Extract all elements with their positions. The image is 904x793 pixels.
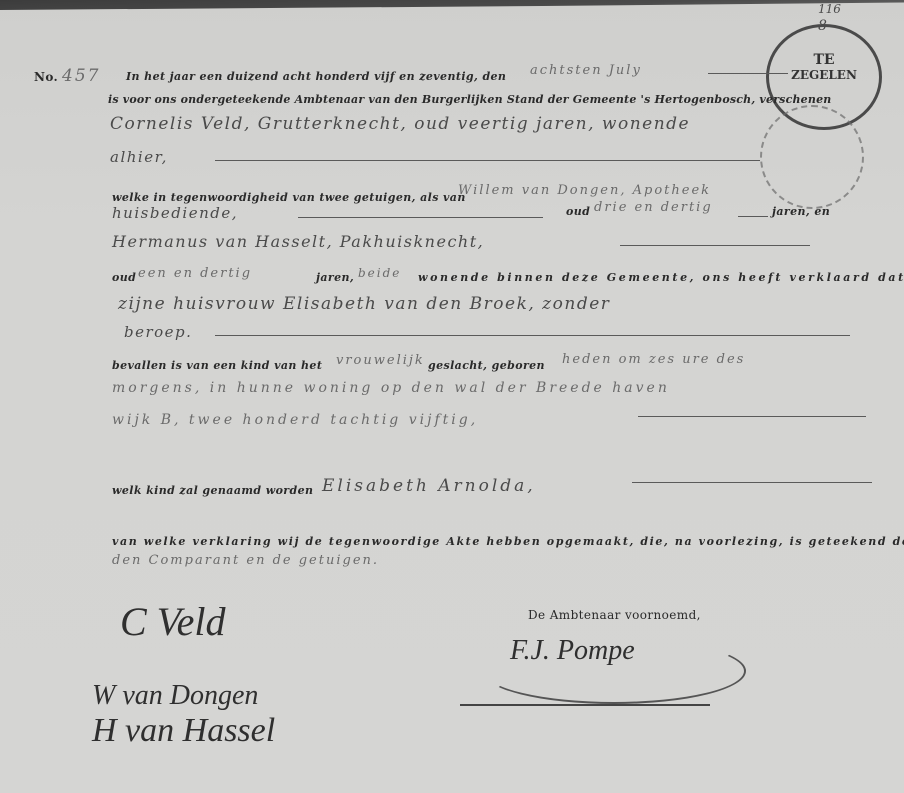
official-caption: De Ambtenaar voornoemd, [528, 608, 701, 622]
hand-child-name: Elisabeth Arnolda, [322, 476, 536, 496]
hand-beide: beide [358, 266, 401, 280]
label-oud: oud [566, 205, 590, 218]
stamp-line-1: TE [769, 52, 879, 68]
hand-address: wijk B, twee honderd tachtig vijftig, [112, 412, 478, 428]
hand-witness1-age: drie en dertig [594, 200, 713, 215]
hand-father-name: Cornelis Veld, Grutterknecht, oud veerti… [110, 114, 690, 134]
text-line-11b: geslacht, geboren [428, 359, 545, 372]
stamp-line-2: ZEGELEN [769, 68, 879, 82]
fill-line [215, 160, 760, 161]
fill-line [620, 245, 810, 246]
text-line-2: is voor ons ondergeteekende Ambtenaar va… [108, 93, 831, 106]
hand-witness1: Willem van Dongen, Apotheek [458, 183, 711, 198]
hand-occupation-mother: beroep. [124, 323, 192, 341]
text-line-5: welke in tegenwoordigheid van twee getui… [112, 191, 466, 204]
hand-closing: den Comparant en de getuigen. [112, 553, 379, 568]
hand-birth-time: heden om zes ure des [562, 352, 745, 367]
hand-residence: alhier, [110, 148, 168, 166]
text-line-1: In het jaar een duizend acht honderd vij… [126, 70, 506, 83]
secondary-stamp [760, 105, 864, 209]
hand-mother: zijne huisvrouw Elisabeth van den Broek,… [118, 294, 610, 314]
record-number: 457 [62, 66, 100, 86]
label-oud-2: oud [112, 271, 136, 284]
hand-date: achtsten July [530, 63, 642, 78]
record-number-label: No. [34, 70, 58, 84]
fill-line [738, 216, 768, 217]
fill-line [708, 73, 788, 74]
text-line-14: welk kind zal genaamd worden [112, 484, 313, 497]
signature-witness1: W van Dongen [92, 680, 258, 712]
fill-line [638, 416, 866, 417]
page-edge-shadow [0, 0, 904, 10]
signature-father: C Veld [120, 598, 226, 645]
signature-flourish [482, 638, 746, 704]
hand-birth-place: morgens, in hunne woning op den wal der … [112, 380, 670, 396]
scanned-record-page: 116 8– TE ZEGELEN No. 457 In het jaar ee… [0, 0, 904, 793]
label-jaren-en: jaren, en [772, 205, 830, 218]
signature-witness2: H van Hassel [92, 712, 275, 750]
text-line-11a: bevallen is van een kind van het [112, 359, 322, 372]
fill-line [215, 335, 850, 336]
hand-witness1-occupation: huisbediende, [112, 204, 238, 222]
fill-line [632, 482, 872, 483]
text-line-15: van welke verklaring wij de tegenwoordig… [112, 535, 904, 548]
archive-page-number: 116 [818, 2, 841, 16]
text-line-8: wonende binnen deze Gemeente, ons heeft … [418, 271, 904, 284]
signature-underline [460, 704, 710, 706]
hand-witness2-age: een en dertig [138, 266, 252, 281]
hand-sex: vrouwelijk [336, 353, 425, 368]
fill-line [298, 217, 543, 218]
label-jaren: jaren, [316, 271, 354, 284]
hand-witness2: Hermanus van Hasselt, Pakhuisknecht, [112, 232, 484, 251]
